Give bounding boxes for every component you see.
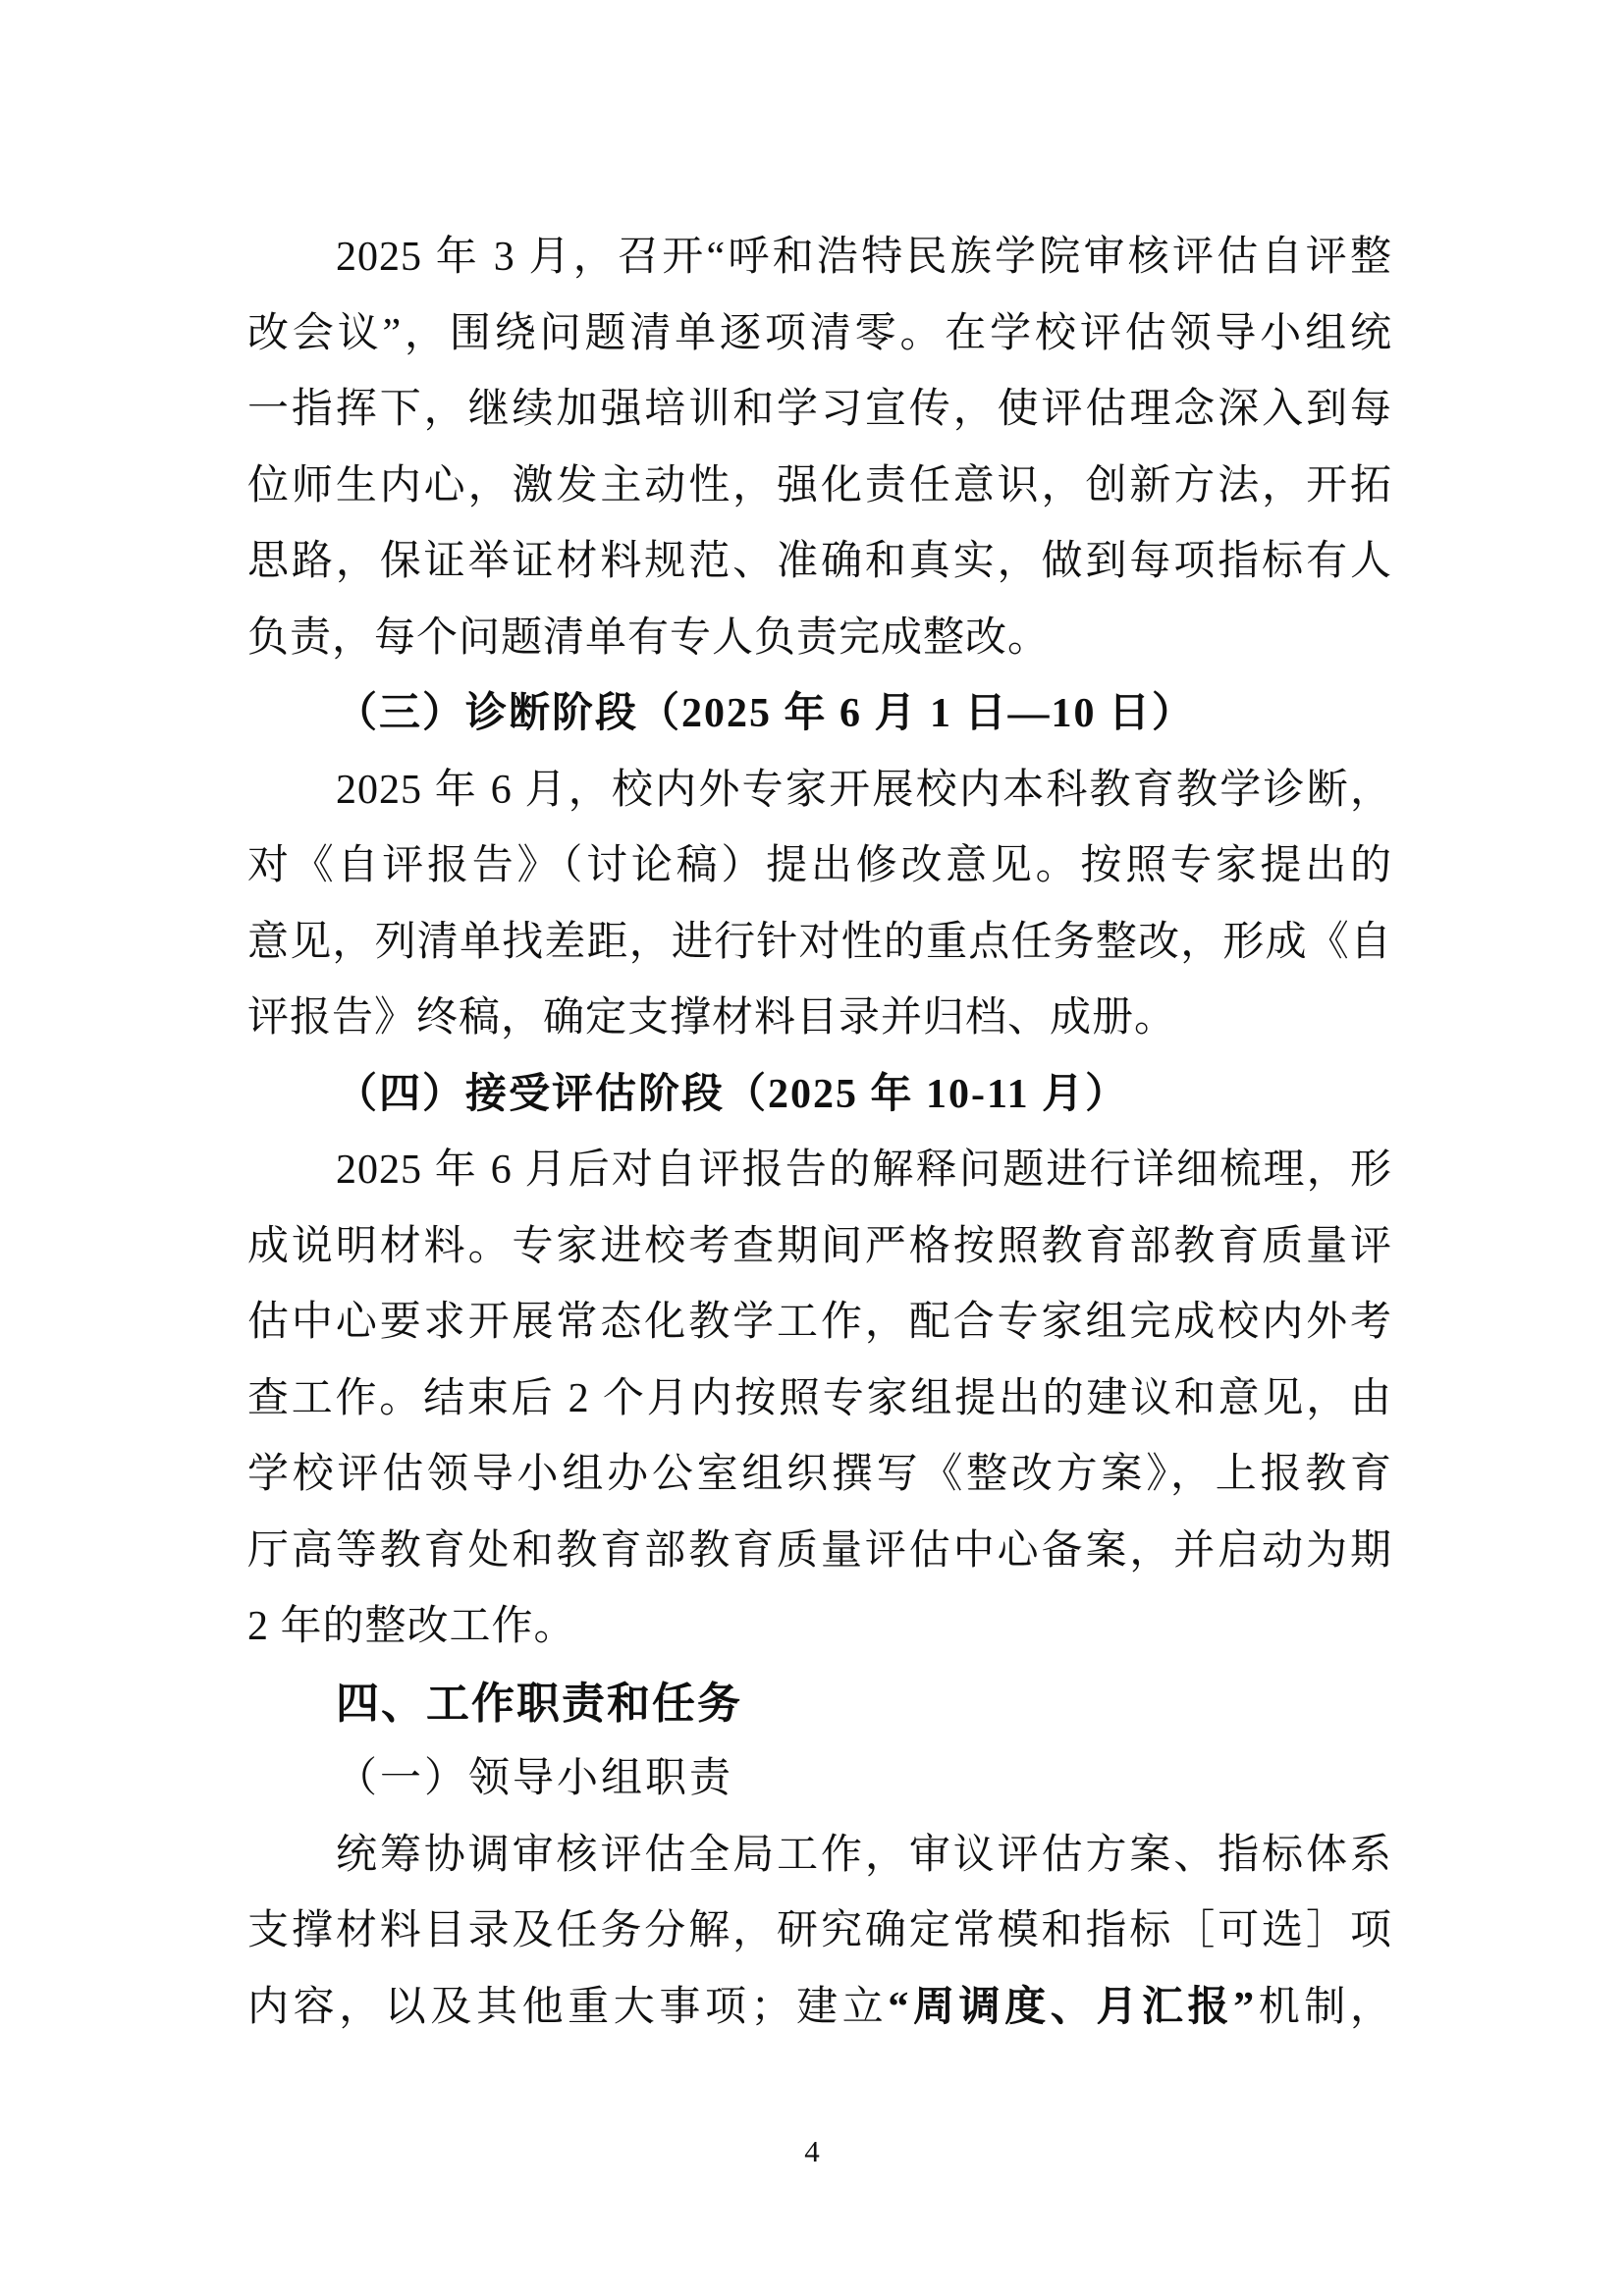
text-run: 机制， xyxy=(1255,1985,1392,2030)
text-run: 2025 年 6 月后对自评报告的解释问题进行详细梳理，形 xyxy=(336,1148,1392,1193)
text-run: 2 年的整改工作。 xyxy=(247,1604,576,1649)
section-heading-4: 四、工作职责和任务 xyxy=(247,1666,1392,1742)
text-run: 四、工作职责和任务 xyxy=(336,1680,742,1728)
paragraph-line: 学校评估领导小组办公室组织撰写《整改方案》，上报教育 xyxy=(247,1437,1392,1514)
text-run: 估中心要求开展常态化教学工作，配合专家组完成校内外考 xyxy=(247,1300,1392,1345)
text-run: 意见，列清单找差距，进行针对性的重点任务整改，形成《自 xyxy=(247,920,1392,965)
subsection-heading-1: （一）领导小组职责 xyxy=(247,1741,1392,1818)
paragraph-line: 厅高等教育处和教育部教育质量评估中心备案，并启动为期 xyxy=(247,1514,1392,1590)
page-number: 4 xyxy=(0,2132,1624,2171)
paragraph-line: 统筹协调审核评估全局工作，审议评估方案、指标体系 xyxy=(247,1818,1392,1895)
text-run: 对《自评报告》（讨论稿）提出修改意见。按照专家提出的 xyxy=(247,843,1392,888)
paragraph-line: 2025 年 3 月，召开“呼和浩特民族学院审核评估自评整 xyxy=(247,220,1392,296)
text-run: 2025 年 3 月，召开“呼和浩特民族学院审核评估自评整 xyxy=(336,235,1392,280)
text-run: 思路，保证举证材料规范、准确和真实，做到每项指标有人 xyxy=(247,539,1392,584)
paragraph-line: 评报告》终稿，确定支撑材料目录并归档、成册。 xyxy=(247,981,1392,1057)
paragraph-line: 内容，以及其他重大事项；建立“周调度、月汇报”机制， xyxy=(247,1970,1392,2047)
paragraph-line: 意见，列清单找差距，进行针对性的重点任务整改，形成《自 xyxy=(247,905,1392,982)
text-run: 一指挥下，继续加强培训和学习宣传，使评估理念深入到每 xyxy=(247,387,1392,432)
bold-text-run: “周调度、月汇报” xyxy=(888,1985,1255,2030)
paragraph-line: 估中心要求开展常态化教学工作，配合专家组完成校内外考 xyxy=(247,1285,1392,1362)
text-run: （四）接受评估阶段（2025 年 10-11 月） xyxy=(336,1072,1128,1117)
paragraph-line: 思路，保证举证材料规范、准确和真实，做到每项指标有人 xyxy=(247,524,1392,601)
text-run: 统筹协调审核评估全局工作，审议评估方案、指标体系 xyxy=(336,1833,1392,1878)
subsection-heading-4: （四）接受评估阶段（2025 年 10-11 月） xyxy=(247,1057,1392,1134)
text-run: 厅高等教育处和教育部教育质量评估中心备案，并启动为期 xyxy=(247,1528,1392,1574)
paragraph-line: 2025 年 6 月后对自评报告的解释问题进行详细梳理，形 xyxy=(247,1133,1392,1209)
text-run: 内容，以及其他重大事项；建立 xyxy=(247,1985,888,2030)
document-page: 2025 年 3 月，召开“呼和浩特民族学院审核评估自评整改会议”，围绕问题清单… xyxy=(0,0,1624,2296)
paragraph-line: 一指挥下，继续加强培训和学习宣传，使评估理念深入到每 xyxy=(247,372,1392,449)
paragraph-line: 2 年的整改工作。 xyxy=(247,1589,1392,1666)
paragraph-line: 支撑材料目录及任务分解，研究确定常模和指标［可选］项 xyxy=(247,1894,1392,1970)
paragraph-line: 位师生内心，激发主动性，强化责任意识，创新方法，开拓 xyxy=(247,449,1392,525)
text-run: 评报告》终稿，确定支撑材料目录并归档、成册。 xyxy=(247,995,1176,1041)
text-run: 2025 年 6 月，校内外专家开展校内本科教育教学诊断， xyxy=(336,768,1392,813)
paragraph-line: 成说明材料。专家进校考查期间严格按照教育部教育质量评 xyxy=(247,1209,1392,1286)
text-run: 位师生内心，激发主动性，强化责任意识，创新方法，开拓 xyxy=(247,463,1392,508)
text-run: 查工作。结束后 2 个月内按照专家组提出的建议和意见，由 xyxy=(247,1376,1392,1421)
text-run: 学校评估领导小组办公室组织撰写《整改方案》，上报教育 xyxy=(247,1452,1392,1497)
text-run: 改会议”，围绕问题清单逐项清零。在学校评估领导小组统 xyxy=(247,311,1392,356)
paragraph-line: 查工作。结束后 2 个月内按照专家组提出的建议和意见，由 xyxy=(247,1362,1392,1438)
paragraph-line: 负责，每个问题清单有专人负责完成整改。 xyxy=(247,601,1392,677)
subsection-heading-3: （三）诊断阶段（2025 年 6 月 1 日—10 日） xyxy=(247,676,1392,753)
text-run: 成说明材料。专家进校考查期间严格按照教育部教育质量评 xyxy=(247,1224,1392,1269)
text-run: 负责，每个问题清单有专人负责完成整改。 xyxy=(247,615,1050,661)
text-run: （一）领导小组职责 xyxy=(336,1756,733,1801)
paragraph-line: 对《自评报告》（讨论稿）提出修改意见。按照专家提出的 xyxy=(247,828,1392,905)
paragraph-line: 改会议”，围绕问题清单逐项清零。在学校评估领导小组统 xyxy=(247,296,1392,373)
text-run: （三）诊断阶段（2025 年 6 月 1 日—10 日） xyxy=(336,691,1195,736)
text-run: 支撑材料目录及任务分解，研究确定常模和指标［可选］项 xyxy=(247,1908,1392,1953)
text-block: 2025 年 3 月，召开“呼和浩特民族学院审核评估自评整改会议”，围绕问题清单… xyxy=(247,220,1392,2046)
paragraph-line: 2025 年 6 月，校内外专家开展校内本科教育教学诊断， xyxy=(247,753,1392,829)
